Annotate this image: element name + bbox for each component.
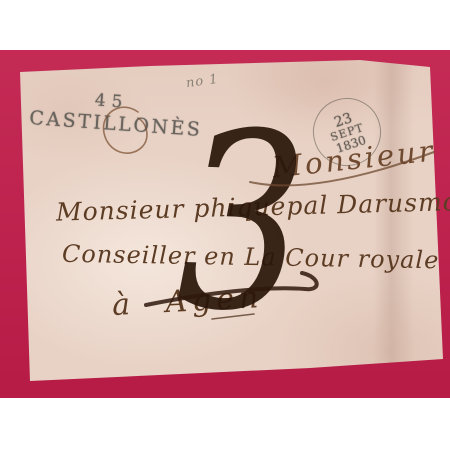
- photo-frame: no 1 45 CASTILLONÈS 23 SEPT 1830 Monsieu…: [0, 0, 450, 450]
- manuscript-tax-mark: 3: [174, 100, 310, 348]
